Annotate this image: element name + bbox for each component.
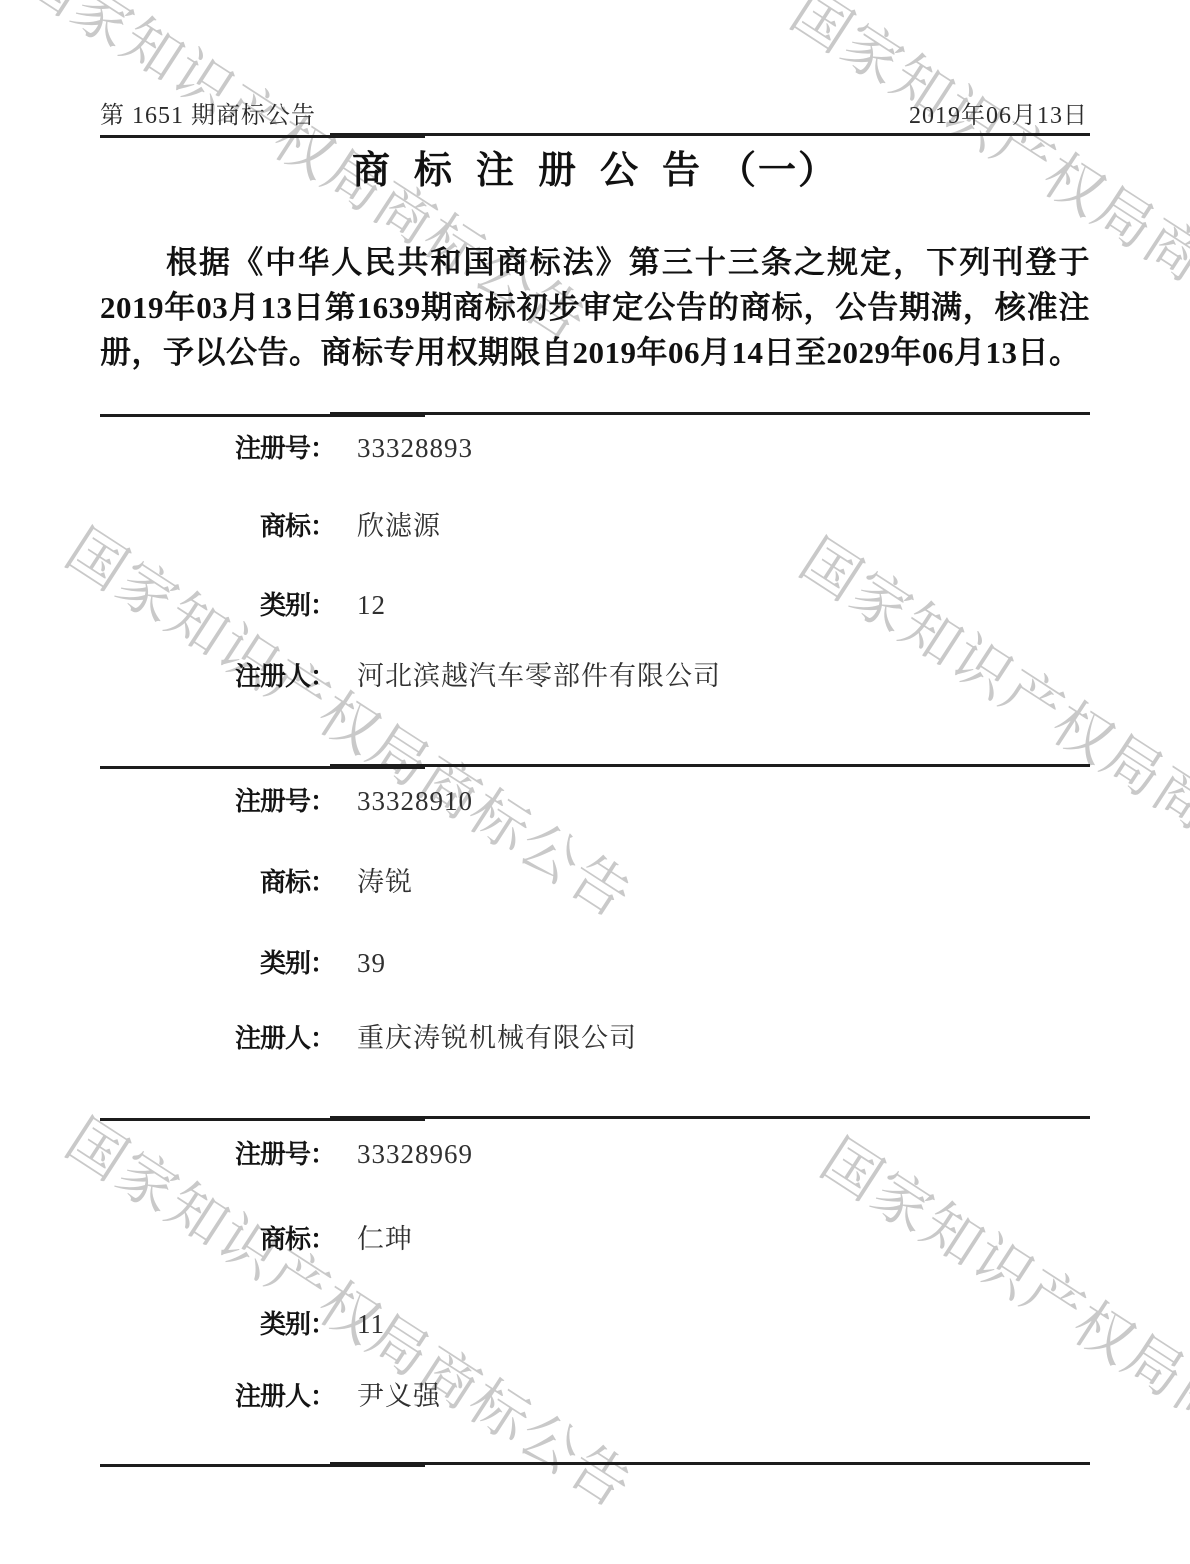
field-label-category: 类别：	[100, 1308, 335, 1340]
record-row-registrant: 注册人：重庆涛锐机械有限公司	[100, 1022, 1090, 1056]
field-value-reg-no: 33328969	[357, 1138, 473, 1170]
divider-segment	[330, 412, 1090, 415]
field-value-category: 11	[357, 1308, 385, 1340]
field-label-category: 类别：	[100, 589, 335, 621]
field-label-trademark: 商标：	[100, 866, 335, 898]
record-row-reg-no: 注册号：33328893	[100, 432, 1090, 466]
field-value-trademark: 欣滤源	[357, 510, 441, 542]
header-date: 2019年06月13日	[909, 95, 1088, 130]
field-label-registrant: 注册人：	[100, 1380, 335, 1412]
field-value-reg-no: 33328910	[357, 785, 473, 817]
divider-segment	[330, 764, 1090, 767]
record-row-category: 类别：11	[100, 1308, 1090, 1342]
field-value-category: 39	[357, 947, 386, 979]
header-rule-segment	[330, 133, 1090, 136]
divider-segment	[330, 1462, 1090, 1465]
record-row-trademark: 商标：欣滤源	[100, 510, 1090, 544]
field-label-reg-no: 注册号：	[100, 432, 335, 464]
record-row-reg-no: 注册号：33328969	[100, 1138, 1090, 1172]
record-row-trademark: 商标：仁珅	[100, 1223, 1090, 1257]
divider-segment	[330, 1116, 1090, 1119]
field-label-trademark: 商标：	[100, 1223, 335, 1255]
issue-label: 第 1651 期商标公告	[100, 95, 316, 130]
field-value-trademark: 涛锐	[357, 866, 413, 898]
record-row-registrant: 注册人：河北滨越汽车零部件有限公司	[100, 660, 1090, 694]
field-value-category: 12	[357, 589, 386, 621]
field-value-reg-no: 33328893	[357, 432, 473, 464]
record-divider	[100, 764, 1090, 770]
field-value-trademark: 仁珅	[357, 1223, 413, 1255]
page-title: 商标注册公告（一）	[0, 148, 1190, 194]
field-value-registrant: 河北滨越汽车零部件有限公司	[357, 660, 721, 692]
field-label-registrant: 注册人：	[100, 660, 335, 692]
field-label-trademark: 商标：	[100, 510, 335, 542]
record-row-registrant: 注册人：尹义强	[100, 1380, 1090, 1414]
field-value-registrant: 重庆涛锐机械有限公司	[357, 1022, 637, 1054]
record-divider	[100, 1116, 1090, 1122]
page-title-suffix: （一）	[718, 150, 838, 192]
record-row-trademark: 商标：涛锐	[100, 866, 1090, 900]
field-value-registrant: 尹义强	[357, 1380, 441, 1412]
header-rule	[100, 133, 1090, 139]
field-label-reg-no: 注册号：	[100, 1138, 335, 1170]
record-row-reg-no: 注册号：33328910	[100, 785, 1090, 819]
record-divider	[100, 412, 1090, 418]
page-title-main: 商标注册公告	[352, 150, 724, 192]
record-row-category: 类别：12	[100, 589, 1090, 623]
record-row-category: 类别：39	[100, 947, 1090, 981]
field-label-registrant: 注册人：	[100, 1022, 335, 1054]
field-label-category: 类别：	[100, 947, 335, 979]
field-label-reg-no: 注册号：	[100, 785, 335, 817]
announcement-page: 国家知识产权局商标公告 国家知识产权局商标公告 国家知识产权局商标公告 国家知识…	[0, 0, 1190, 1564]
intro-paragraph: 根据《中华人民共和国商标法》第三十三条之规定，下列刊登于2019年03月13日第…	[100, 240, 1090, 375]
bottom-divider	[100, 1462, 1090, 1468]
